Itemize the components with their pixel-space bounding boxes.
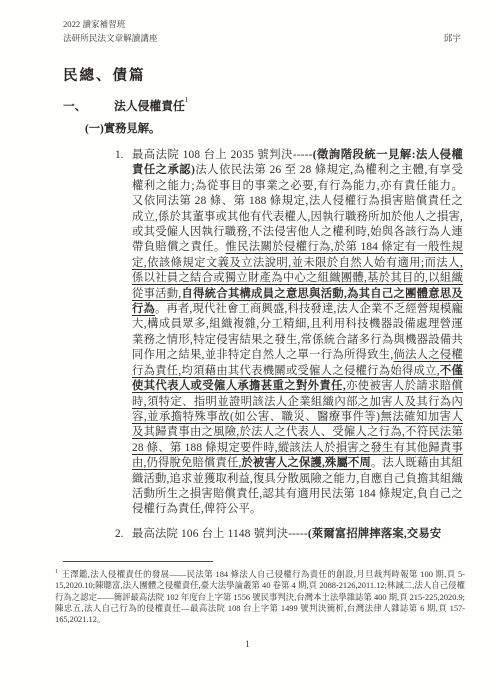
judgment-list: 1. 最高法院 108 台上 2035 號判決-----(徵詢階段統一見解:法人… <box>115 148 465 562</box>
header-author: 邱宇 <box>444 32 461 46</box>
header-line2: 法研所民法文章解讀講座 <box>63 32 158 46</box>
judgment-text: 最高法院 106 台上 1148 號判決-----(萊爾富招牌摔落案,交易安 <box>132 527 463 542</box>
judgment-text: 最高法院 108 台上 2035 號判決-----(徵詢階段統一見解:法人侵權責… <box>132 148 463 518</box>
footnote-section: 1王澤鑑,法人侵權責任的發展——民法第 184 條法人自己侵權行為責任的創設,月… <box>55 561 465 625</box>
document-title: 民總、債篇 <box>63 64 146 85</box>
list-item-number: 2. <box>115 527 132 542</box>
header-course-info: 2022 讀家補習班 法研所民法文章解讀講座 <box>63 18 158 45</box>
list-item-number: 1. <box>115 148 132 518</box>
list-item: 1. 最高法院 108 台上 2035 號判決-----(徵詢階段統一見解:法人… <box>115 148 465 518</box>
page-number: 1 <box>0 639 495 649</box>
text-run: 最高法院 108 台上 2035 號判決----- <box>132 149 313 161</box>
document-page: 2022 讀家補習班 法研所民法文章解讀講座 邱宇 民總、債篇 一、法人侵權責任… <box>0 0 495 700</box>
text-run: (萊爾富招牌摔落案,交易安 <box>308 528 441 540</box>
text-run: 於被害人之保護,殊屬不周 <box>242 457 372 469</box>
footnote-text: 1王澤鑑,法人侵權責任的發展——民法第 184 條法人自己侵權行為責任的創設,月… <box>55 569 465 625</box>
header-line1: 2022 讀家補習班 <box>63 18 158 32</box>
footnote-separator <box>63 561 213 562</box>
section-heading: 一、法人侵權責任1 <box>63 97 188 114</box>
text-run: 最高法院 106 台上 1148 號判決----- <box>132 528 308 540</box>
footnote-body: 王澤鑑,法人侵權責任的發展——民法第 184 條法人自己侵權行為責任的創設,月旦… <box>55 570 465 624</box>
section-number: 一、 <box>63 97 114 114</box>
section-title: 法人侵權責任 <box>114 99 185 113</box>
footnote-reference: 1 <box>185 96 189 104</box>
page-header: 2022 讀家補習班 法研所民法文章解讀講座 邱宇 <box>63 18 461 45</box>
subsection-heading: (一)實務見解。 <box>85 120 160 136</box>
list-item: 2. 最高法院 106 台上 1148 號判決-----(萊爾富招牌摔落案,交易… <box>115 527 465 542</box>
footnote-marker: 1 <box>55 569 58 575</box>
text-run: 亦使被害人於請求賠償時,須特定、指明並證明該法人企業組織內部之加害人及其行為內容… <box>132 380 463 469</box>
